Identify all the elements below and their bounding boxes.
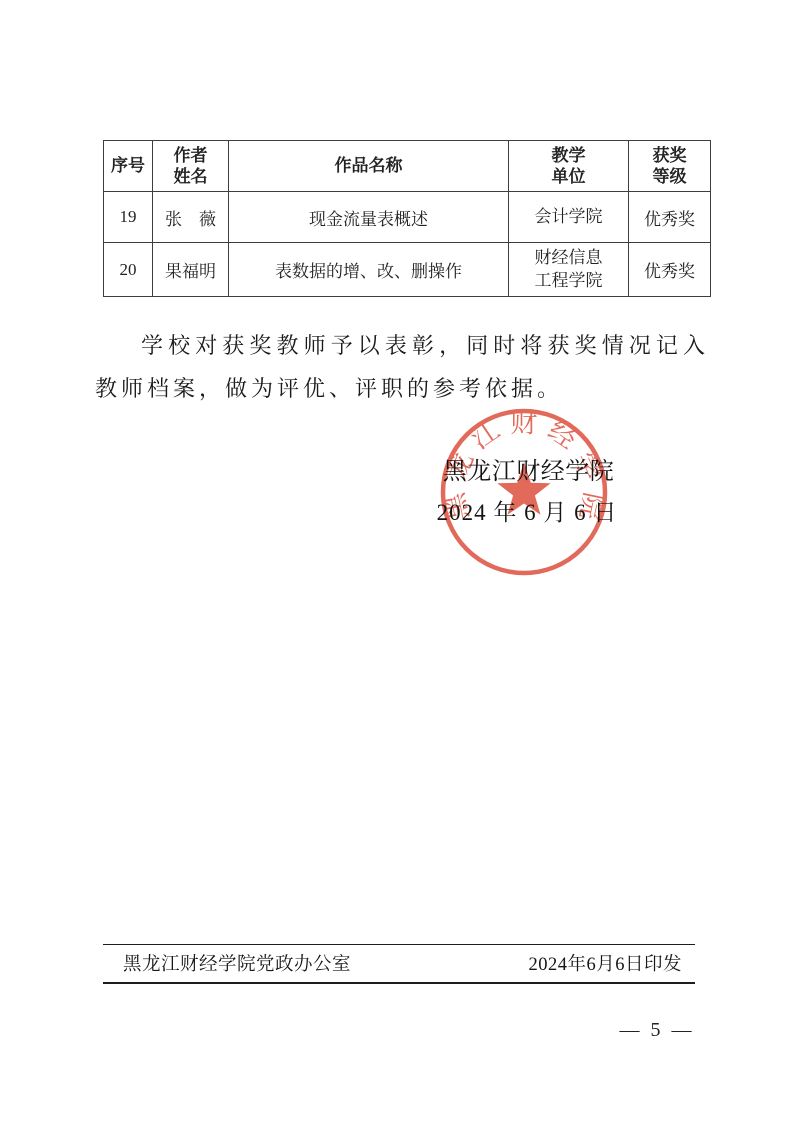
- cell-unit: 会计学院: [509, 192, 629, 243]
- cell-no: 19: [104, 192, 153, 243]
- cell-no: 20: [104, 243, 153, 297]
- footer-print-date: 2024年6月6日印发: [528, 950, 682, 976]
- header-title: 作品名称: [229, 141, 509, 192]
- cell-award: 优秀奖: [629, 192, 711, 243]
- header-author: 作者 姓名: [153, 141, 229, 192]
- table-row: 19 张 薇 现金流量表概述 会计学院 优秀奖: [104, 192, 711, 243]
- award-table: 序号 作者 姓名 作品名称 教学 单位 获奖 等级 19 张 薇 现金流量表概述…: [103, 140, 711, 297]
- signature-institution: 黑龙江财经学院: [402, 451, 655, 486]
- footer-rule-top: [103, 944, 695, 945]
- header-award: 获奖 等级: [629, 141, 711, 192]
- cell-title: 现金流量表概述: [229, 192, 509, 243]
- signature-date: 2024 年 6 月 6 日: [402, 494, 652, 527]
- cell-author: 果福明: [153, 243, 229, 297]
- cell-author: 张 薇: [153, 192, 229, 243]
- footer-issuing-office: 黑龙江财经学院党政办公室: [123, 950, 351, 976]
- footer-rule-bottom: [103, 982, 695, 984]
- header-no: 序号: [104, 141, 153, 192]
- cell-award: 优秀奖: [629, 243, 711, 297]
- footer: 黑龙江财经学院党政办公室 2024年6月6日印发: [103, 950, 695, 976]
- header-unit: 教学 单位: [509, 141, 629, 192]
- table-header-row: 序号 作者 姓名 作品名称 教学 单位 获奖 等级: [104, 141, 711, 192]
- cell-unit: 财经信息 工程学院: [509, 243, 629, 297]
- body-paragraph: 学校对获奖教师予以表彰，同时将获奖情况记入教师档案，做为评优、评职的参考依据。: [95, 324, 709, 410]
- cell-title: 表数据的增、改、删操作: [229, 243, 509, 297]
- official-seal: 黑龙江财经学院: [438, 406, 610, 578]
- page-number: — 5 —: [598, 1019, 713, 1042]
- document-page: 序号 作者 姓名 作品名称 教学 单位 获奖 等级 19 张 薇 现金流量表概述…: [0, 0, 794, 1123]
- table-row: 20 果福明 表数据的增、改、删操作 财经信息 工程学院 优秀奖: [104, 243, 711, 297]
